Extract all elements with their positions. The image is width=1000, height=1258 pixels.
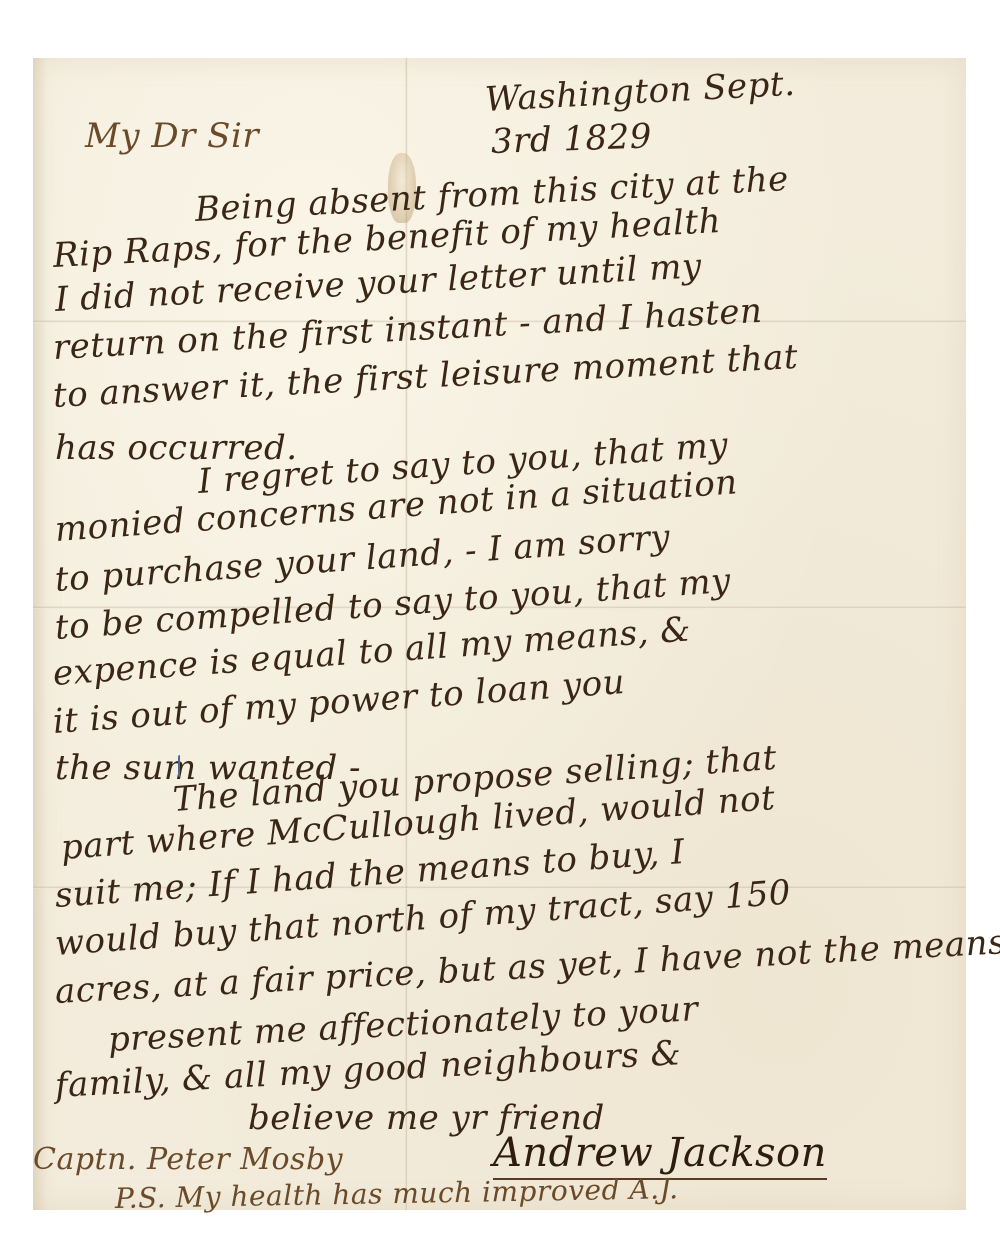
salutation: My Dr Sir (85, 116, 259, 156)
letter-paper: Washington Sept. 3rd 1829 My Dr Sir Bein… (33, 58, 966, 1210)
place-date-line1: Washington Sept. (484, 64, 796, 120)
recipient-name: Captn. Peter Mosby (33, 1142, 343, 1177)
place-date-line2: 3rd 1829 (490, 116, 652, 162)
paper-edge-shading (33, 58, 47, 1210)
postscript: P.S. My health has much improved A.J. (115, 1172, 679, 1215)
stray-ink-mark (178, 755, 184, 777)
